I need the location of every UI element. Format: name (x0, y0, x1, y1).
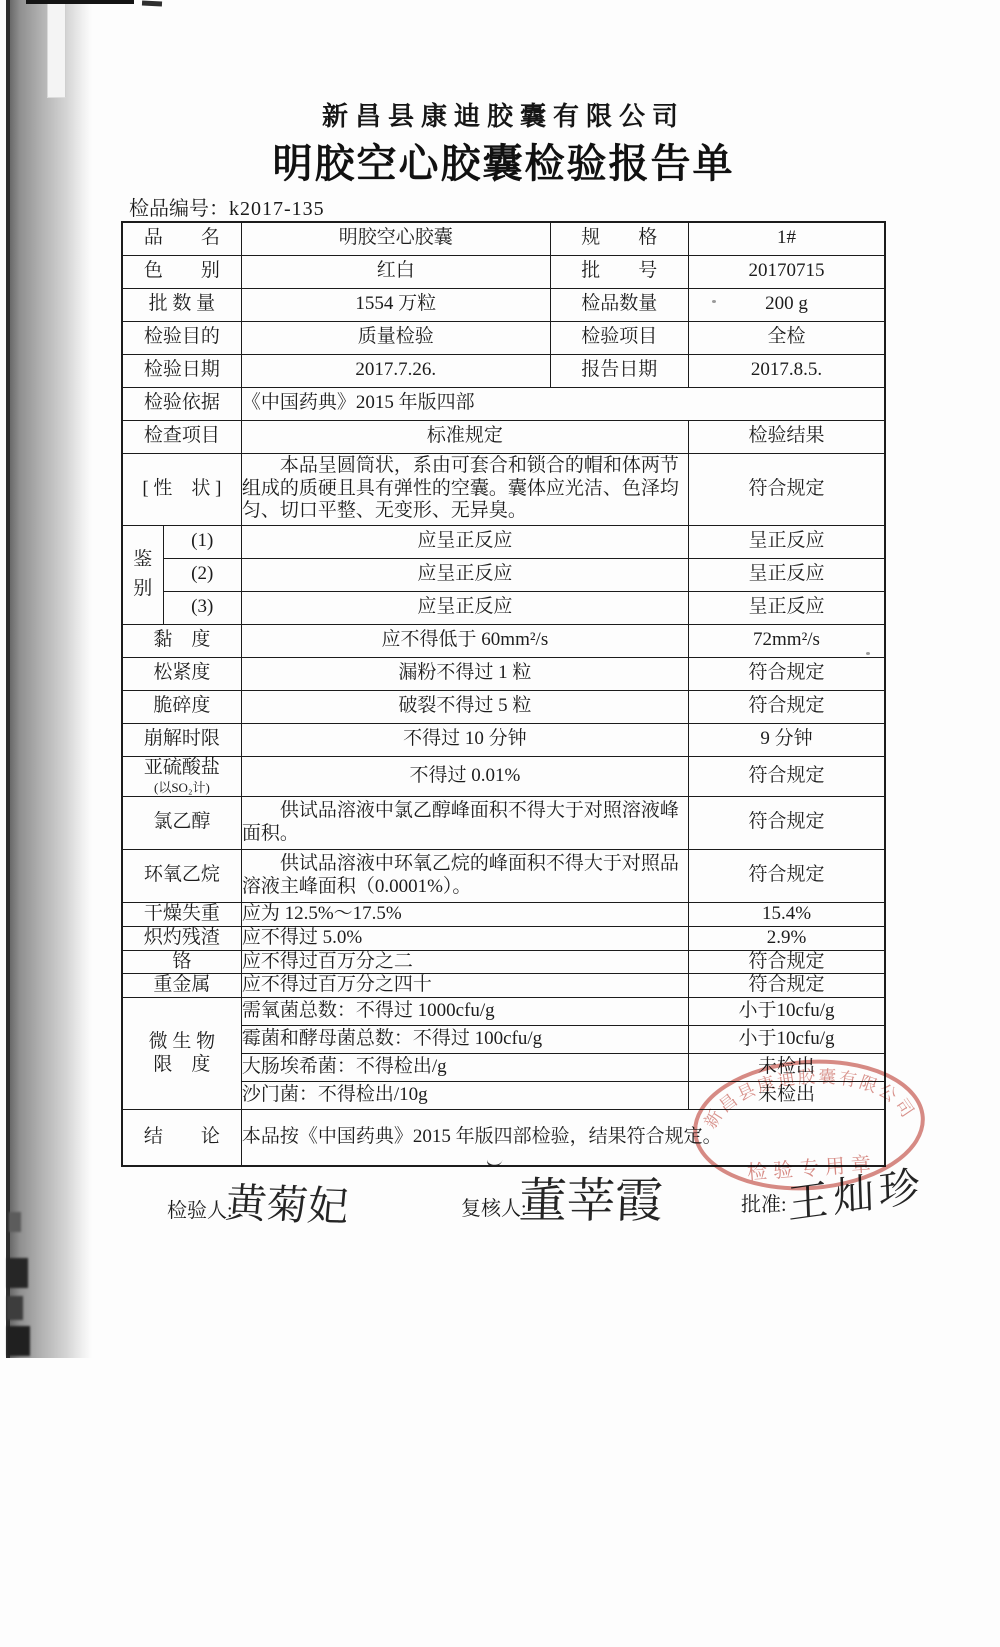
field-label: 检验依据 (122, 387, 241, 420)
standard-text: 本品呈圆筒状，系由可套合和锁合的帽和体两节组成的质硬且具有弹性的空囊。囊体应光洁… (241, 453, 688, 525)
table-row-sulfite: 亚硫酸盐 (以SO₂计) 不得过 0.01% 符合规定 (122, 756, 885, 796)
result-value: 9 分钟 (688, 723, 885, 756)
item-label: 结 论 (122, 1110, 241, 1166)
standard-text: 需氧菌总数：不得过 1000cfu/g (241, 998, 688, 1026)
field-label: 批 数 量 (122, 288, 241, 321)
reviewer-label: 复核人: (461, 1192, 527, 1221)
result-value: 15.4% (688, 902, 885, 926)
standard-text: 供试品溶液中环氧乙烷的峰面积不得大于对照品溶液主峰面积（0.0001%）。 (241, 849, 688, 902)
table-row-friability: 脆碎度 破裂不得过 5 粒 符合规定 (122, 690, 885, 723)
scan-page-edge-highlight (47, 0, 66, 98)
item-label: 干燥失重 (122, 902, 241, 926)
standard-text: 大肠埃希菌：不得检出/g (241, 1054, 688, 1082)
result-value: 符合规定 (688, 453, 885, 525)
result-value: 符合规定 (688, 657, 885, 690)
field-value: 红白 (241, 255, 550, 288)
identification-sub-label: (3) (163, 591, 241, 624)
table-row: 检验目的 质量检验 检验项目 全检 (122, 321, 885, 354)
standard-text: 应不得低于 60mm²/s (241, 624, 688, 657)
table-row-heavy-metals: 重金属 应不得过百万分之四十 符合规定 (122, 974, 885, 998)
microbial-label-line: 微 生 物 (149, 1031, 216, 1052)
field-label: 报告日期 (550, 354, 688, 387)
item-label-sulfite: 亚硫酸盐 (以SO₂计) (122, 756, 241, 796)
field-label: 色 别 (122, 255, 241, 288)
field-label: 检验项目 (550, 321, 688, 354)
result-value: 符合规定 (688, 849, 885, 902)
field-value: 2017.7.26. (241, 354, 550, 387)
column-header-result: 检验结果 (688, 420, 885, 453)
scanned-report-page: 新昌县康迪胶囊有限公司 明胶空心胶囊检验报告单 检品编号：k2017-135 品… (0, 0, 1000, 1647)
field-label: 规 格 (550, 222, 688, 255)
table-row-loss-on-drying: 干燥失重 应为 12.5%～17.5% 15.4% (122, 902, 885, 926)
result-value: 符合规定 (688, 756, 885, 796)
result-value: 符合规定 (688, 796, 885, 849)
scan-ink-blotch (7, 1296, 23, 1320)
sulfite-label-note: (以SO₂计) (123, 780, 241, 795)
result-value: 呈正反应 (688, 525, 885, 558)
standard-text: 应不得过 5.0% (241, 926, 688, 950)
inspector-label: 检验人: (167, 1194, 233, 1223)
table-row-identification: 鉴 别 (1) 应呈正反应 呈正反应 (122, 525, 885, 558)
table-row: 检验依据 《中国药典》2015 年版四部 (122, 387, 885, 420)
field-value: 《中国药典》2015 年版四部 (241, 387, 885, 420)
field-label: 检品数量 (550, 288, 688, 321)
scan-ink-blotch (7, 1258, 28, 1288)
sample-number-line: 检品编号：k2017-135 (129, 192, 325, 221)
standard-text: 应不得过百万分之二 (241, 950, 688, 974)
standard-text: 应为 12.5%～17.5% (241, 902, 688, 926)
field-value: 200 g (688, 288, 885, 321)
table-row-microbial: 微 生 物 限 度 需氧菌总数：不得过 1000cfu/g 小于10cfu/g (122, 998, 885, 1026)
table-row: 色 别 红白 批 号 20170715 (122, 255, 885, 288)
microbial-label-line: 限 度 (153, 1054, 210, 1075)
item-label-identification: 鉴 别 (122, 525, 163, 624)
result-value: 符合规定 (688, 950, 885, 974)
page-title: 明胶空心胶囊检验报告单 (121, 132, 886, 189)
result-value: 未检出 (688, 1054, 885, 1082)
item-label: 松紧度 (122, 657, 241, 690)
standard-text: 应呈正反应 (241, 558, 688, 591)
field-value: 20170715 (688, 255, 885, 288)
inspection-report-table: 品 名 明胶空心胶囊 规 格 1# 色 别 红白 批 号 20170715 批 … (121, 221, 886, 1167)
sample-number-label: 检品编号： (129, 198, 229, 220)
scan-edge-shadow (6, 0, 92, 1358)
reviewer-signature: 董莘霞 (518, 1162, 664, 1231)
sample-number-value: k2017-135 (229, 198, 325, 220)
standard-text: 不得过 10 分钟 (241, 723, 688, 756)
table-row-tightness: 松紧度 漏粉不得过 1 粒 符合规定 (122, 657, 885, 690)
scan-ink-blotch (9, 1212, 21, 1232)
table-row-identification: (3) 应呈正反应 呈正反应 (122, 591, 885, 624)
field-value: 1554 万粒 (241, 288, 550, 321)
result-value: 小于10cfu/g (688, 1026, 885, 1054)
conclusion-text: 本品按《中国药典》2015 年版四部检验，结果符合规定。 (241, 1110, 885, 1166)
item-label: 崩解时限 (122, 723, 241, 756)
field-label: 批 号 (550, 255, 688, 288)
identification-char: 别 (133, 578, 152, 601)
identification-char: 鉴 (133, 549, 152, 572)
table-row-ethylene-oxide: 环氧乙烷 供试品溶液中环氧乙烷的峰面积不得大于对照品溶液主峰面积（0.0001%… (122, 849, 885, 902)
scan-top-dash (142, 0, 162, 6)
item-label: 脆碎度 (122, 690, 241, 723)
result-value: 符合规定 (688, 690, 885, 723)
item-label: 环氧乙烷 (122, 849, 241, 902)
identification-sub-label: (1) (163, 525, 241, 558)
item-label: 炽灼残渣 (122, 926, 241, 950)
result-value: 72mm²/s (688, 624, 885, 657)
field-label: 检验日期 (122, 354, 241, 387)
table-row-disintegration: 崩解时限 不得过 10 分钟 9 分钟 (122, 723, 885, 756)
result-value: 小于10cfu/g (688, 998, 885, 1026)
table-row-chloroethanol: 氯乙醇 供试品溶液中氯乙醇峰面积不得大于对照溶液峰面积。 符合规定 (122, 796, 885, 849)
table-row: 检验日期 2017.7.26. 报告日期 2017.8.5. (122, 354, 885, 387)
scan-edge-dark-line (6, 0, 10, 1358)
identification-sub-label: (2) (163, 558, 241, 591)
standard-text: 应呈正反应 (241, 591, 688, 624)
item-label: 氯乙醇 (122, 796, 241, 849)
table-row-viscosity: 黏 度 应不得低于 60mm²/s 72mm²/s (122, 624, 885, 657)
standard-text: 霉菌和酵母菌总数：不得过 100cfu/g (241, 1026, 688, 1054)
approver-label: 批准: (741, 1188, 787, 1217)
field-value: 质量检验 (241, 321, 550, 354)
table-row-appearance: [ 性 状 ] 本品呈圆筒状，系由可套合和锁合的帽和体两节组成的质硬且具有弹性的… (122, 453, 885, 525)
standard-text: 破裂不得过 5 粒 (241, 690, 688, 723)
standard-text: 应不得过百万分之四十 (241, 974, 688, 998)
sulfite-label: 亚硫酸盐 (144, 757, 220, 778)
scan-top-line (26, 0, 134, 4)
table-row: 批 数 量 1554 万粒 检品数量 200 g (122, 288, 885, 321)
item-label: 黏 度 (122, 624, 241, 657)
inspector-signature: 黄菊妃 (223, 1170, 351, 1233)
table-row-identification: (2) 应呈正反应 呈正反应 (122, 558, 885, 591)
scan-ink-blotch (7, 1326, 30, 1356)
field-value: 明胶空心胶囊 (241, 222, 550, 255)
column-header-standard: 标准规定 (241, 420, 688, 453)
field-label: 检验目的 (122, 321, 241, 354)
field-value: 2017.8.5. (688, 354, 885, 387)
standard-text: 漏粉不得过 1 粒 (241, 657, 688, 690)
item-label: 铬 (122, 950, 241, 974)
field-label: 品 名 (122, 222, 241, 255)
table-row-conclusion: 结 论 本品按《中国药典》2015 年版四部检验，结果符合规定。 (122, 1110, 885, 1166)
result-value: 未检出 (688, 1082, 885, 1110)
item-label: [ 性 状 ] (122, 453, 241, 525)
table-header-row: 检查项目 标准规定 检验结果 (122, 420, 885, 453)
result-value: 符合规定 (688, 974, 885, 998)
field-value: 全检 (688, 321, 885, 354)
item-label-microbial: 微 生 物 限 度 (122, 998, 241, 1110)
table-row-ignition-residue: 炽灼残渣 应不得过 5.0% 2.9% (122, 926, 885, 950)
standard-text: 不得过 0.01% (241, 756, 688, 796)
field-value: 1# (688, 222, 885, 255)
result-value: 呈正反应 (688, 558, 885, 591)
result-value: 呈正反应 (688, 591, 885, 624)
standard-text: 供试品溶液中氯乙醇峰面积不得大于对照溶液峰面积。 (241, 796, 688, 849)
standard-text: 沙门菌：不得检出/10g (241, 1082, 688, 1110)
item-label: 重金属 (122, 974, 241, 998)
table-row-chromium: 铬 应不得过百万分之二 符合规定 (122, 950, 885, 974)
result-value: 2.9% (688, 926, 885, 950)
column-header-item: 检查项目 (122, 420, 241, 453)
company-name: 新昌县康迪胶囊有限公司 (121, 96, 886, 133)
table-row: 品 名 明胶空心胶囊 规 格 1# (122, 222, 885, 255)
standard-text: 应呈正反应 (241, 525, 688, 558)
